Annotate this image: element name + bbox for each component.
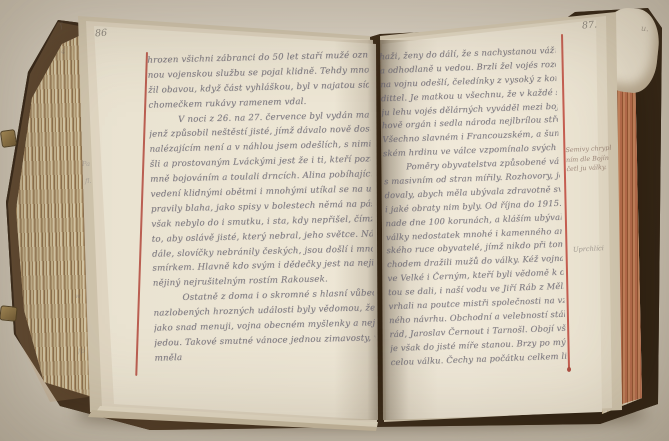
margin-note-uprchlici: Uprchlíci (573, 244, 604, 254)
handwritten-text-right-page: haži, ženy do dálí, že s nachystanou váž… (379, 44, 567, 372)
margin-mark: Pa (82, 160, 90, 168)
margin-mark: ſp (78, 347, 85, 355)
margin-note-right-page: Semivy chryplním dle Bojínčetl ju války. (565, 144, 608, 175)
margin-mark: fl. (85, 177, 92, 185)
margin-mark: w (75, 292, 81, 300)
photo-background: u. 86 87. ſ4 Pafl.wſp hrozen všichni záb… (0, 0, 669, 441)
handwritten-text-left-page: hrozen všichni zábranci do 50 let staří … (147, 48, 376, 369)
